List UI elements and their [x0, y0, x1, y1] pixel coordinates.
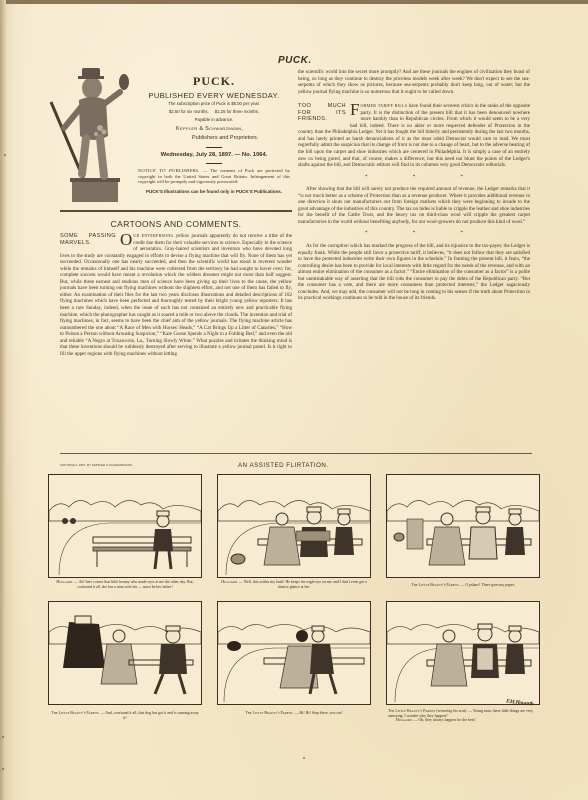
- right-column: the scientific world into the secret mor…: [298, 69, 530, 302]
- article-body: yellow journals apparently do not receiv…: [60, 233, 292, 357]
- article-paragraph: As for the corruption which has marked t…: [298, 243, 530, 302]
- comic-panel-6: [386, 601, 540, 705]
- comic-panel-4: [48, 601, 202, 705]
- caption-speaker: Huggard.: [221, 580, 238, 584]
- article-sidehead: Too Much for Its Friends.: [298, 103, 346, 123]
- payment-note: Payable in advance.: [138, 116, 290, 124]
- publication-schedule: PUBLISHED EVERY WEDNESDAY.: [138, 91, 290, 100]
- copyright-notice: NOTICE TO PUBLISHERS. — The contents of …: [138, 168, 290, 185]
- newspaper-page: PUCK. PUCK. PUBLISHED EVERY WEDNESDAY. T…: [0, 0, 588, 800]
- caption-stage-direction: (returning his seat).: [435, 709, 467, 713]
- caption-speaker: The Little Beauty's Parent: [388, 709, 435, 713]
- masthead: PUCK. PUBLISHED EVERY WEDNESDAY. The sub…: [138, 74, 290, 194]
- comic-title: AN ASSISTED FLIRTATION.: [238, 462, 329, 469]
- comic-copyright: COPYRIGHT, 1897, BY KEPPLER & SCHWARZMAN…: [60, 464, 133, 467]
- drop-cap: F: [350, 103, 359, 117]
- comic-caption-2: Huggard. — Well, this settles my hash! H…: [219, 580, 369, 589]
- section-title: CARTOONS AND COMMENTS.: [60, 219, 292, 229]
- puck-statue-illustration: [46, 62, 146, 204]
- caption-speaker: The Little Beauty's Parent.: [411, 583, 459, 587]
- caption-speaker: The Little Beauty's Parent.: [245, 711, 293, 715]
- comic-caption-3: The Little Beauty's Parent. — O pshaw! T…: [388, 583, 538, 588]
- comic-caption-5: The Little Beauty's Parent. — Hi! Hi! St…: [219, 711, 369, 716]
- comic-panel-2: [217, 474, 371, 578]
- caption-speaker: The Little Beauty's Parent.: [51, 711, 99, 715]
- page-binding-edge: [0, 0, 6, 800]
- comic-caption-1: Huggard. — Ah! here comes that little be…: [50, 580, 200, 589]
- article-too-much-for-its-friends: Too Much for Its Friends. F ormer tariff…: [298, 103, 530, 168]
- article-sidehead: Some Passing Marvels.: [60, 233, 116, 246]
- comic-caption-4: The Little Beauty's Parent. — And, confo…: [50, 711, 200, 720]
- masthead-rule: [206, 147, 222, 148]
- caption-speaker: Huggard.: [56, 580, 73, 584]
- caption-reply-speaker: Huggard.: [388, 718, 413, 722]
- comic-panel-3: [386, 474, 540, 578]
- paper-speck: [303, 757, 305, 759]
- lead-in: ur enterprising: [133, 233, 173, 239]
- publisher-name: Keppler & Schwarzmann,: [138, 126, 290, 133]
- masthead-title: PUCK.: [138, 74, 290, 89]
- page-top-edge: [0, 0, 588, 4]
- running-head: PUCK.: [278, 55, 312, 66]
- notice-label: NOTICE TO PUBLISHERS.: [138, 168, 200, 173]
- issue-date: Wednesday, July 28, 1897. — No. 1064.: [138, 152, 290, 158]
- article-some-passing-marvels: Some Passing Marvels. O ur enterprising …: [60, 233, 292, 357]
- caption-text: — Well, this settles my hash! He keeps h…: [238, 580, 367, 589]
- caption-text: — Ah! here comes that little beauty who …: [73, 580, 194, 589]
- strip-divider: [60, 453, 532, 454]
- caption-text: — O pshaw! There goes my paper.: [460, 583, 515, 587]
- comic-panel-5: [217, 601, 371, 705]
- section-stars: * * *: [298, 231, 530, 238]
- article-continuation: the scientific world into the secret mor…: [298, 69, 530, 95]
- article-paragraph: After showing that the bill will surely …: [298, 186, 530, 225]
- paper-speck: [2, 768, 4, 770]
- lead-in: ormer tariff bills: [360, 103, 407, 109]
- comic-caption-6: The Little Beauty's Parent (returning hi…: [388, 709, 538, 723]
- caption-text: — And, confound it all, that dog has got…: [100, 711, 199, 720]
- drop-cap: O: [120, 233, 132, 247]
- illustrations-note: PUCK'S Illustrations can be found only i…: [138, 189, 290, 194]
- publisher-role: Publishers and Proprietors.: [138, 135, 290, 142]
- subscription-terms: $2.50 for six months. $1.25 for three mo…: [138, 108, 290, 116]
- subscription-price: The subscription price of Puck is $5.00 …: [138, 100, 290, 108]
- paper-speck: [4, 154, 6, 156]
- caption-reply-text: — Oh, they always happen for the best!: [413, 718, 476, 722]
- comic-panel-1: [48, 474, 202, 578]
- section-divider: [60, 210, 292, 212]
- masthead-rule-2: [206, 163, 222, 164]
- paper-speck: [2, 736, 4, 738]
- caption-text: — Hi! Hi! Stop there, you cur!: [294, 711, 343, 715]
- section-stars: * * *: [298, 175, 530, 182]
